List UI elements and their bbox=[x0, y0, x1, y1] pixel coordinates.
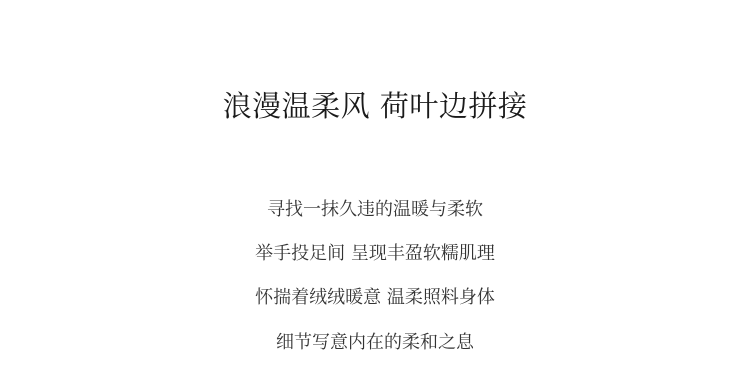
description-line: 寻找一抹久违的温暖与柔软 bbox=[0, 197, 750, 223]
description-line: 怀揣着绒绒暖意 温柔照料身体 bbox=[0, 285, 750, 311]
headline-title: 浪漫温柔风 荷叶边拼接 bbox=[0, 86, 750, 126]
description-line: 细节写意内在的柔和之息 bbox=[0, 330, 750, 356]
description-line: 举手投足间 呈现丰盈软糯肌理 bbox=[0, 241, 750, 267]
